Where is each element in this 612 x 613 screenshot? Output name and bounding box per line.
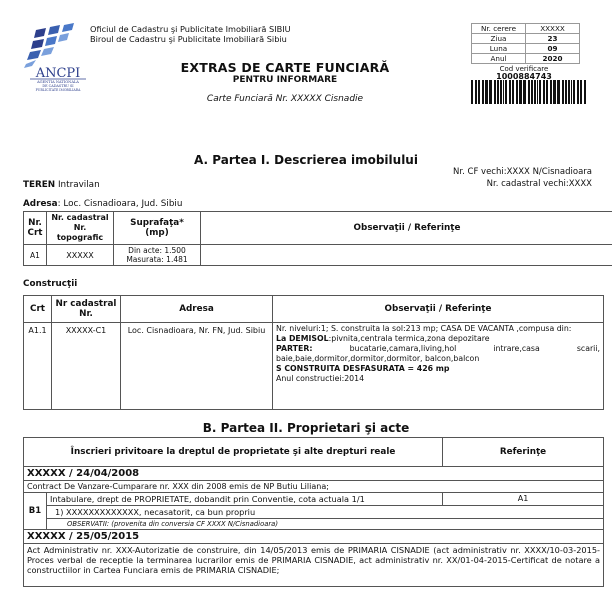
- document-title: EXTRAS DE CARTE FUNCIARĂ: [150, 60, 420, 75]
- request-value: XXXXX: [526, 24, 580, 34]
- office-line-2: Biroul de Cadastru şi Publicitate Imobil…: [90, 34, 291, 44]
- entry-title: XXXXX / 24/04/2008: [24, 467, 604, 481]
- office-header: Oficiul de Cadastru şi Publicitate Imobi…: [90, 24, 291, 44]
- suprafata-masurata: Masurata: 1.481: [117, 255, 197, 264]
- entry-title-row: XXXXX / 24/04/2008: [24, 467, 604, 481]
- request-value: 09: [526, 44, 580, 54]
- carte-funciara-number: Carte Funciară Nr. XXXXX Cisnadie: [150, 94, 420, 104]
- entry-observatii-row: OBSERVATII: (provenita din conversia CF …: [24, 519, 604, 530]
- entry-desc: Intabulare, drept de PROPRIETATE, doband…: [47, 493, 443, 506]
- col-adresa: Adresa: [121, 296, 273, 323]
- request-row: Nr. cerereXXXXX: [472, 24, 580, 34]
- part-a-heading: A. Partea I. Descrierea imobilului: [0, 153, 612, 167]
- obs-parter-label: PARTER:: [276, 344, 312, 353]
- cell-cadastral: XXXXX: [47, 245, 114, 266]
- cf-vechi: Nr. CF vechi:XXXX N/Cisnadioara: [453, 167, 592, 178]
- obs-demisol-text: :pivnita,centrala termica,zona depozitar…: [329, 334, 490, 343]
- ancpi-logo: ANCPI AGENTIA NATIONALA DE CADASTRU SI P…: [22, 22, 94, 92]
- col-nr-cadastral: Nr. cadastral Nr. topografic: [47, 212, 114, 245]
- obs-desfasurata: S CONSTRUITA DESFASURATA = 426 mp: [276, 364, 600, 374]
- entry-act-row: Act Administrativ nr. XXX-Autorizatie de…: [24, 544, 604, 587]
- cell-observatii: [201, 245, 612, 266]
- office-line-1: Oficiul de Cadastru şi Publicitate Imobi…: [90, 24, 291, 34]
- cell-observatii: Nr. niveluri:1; S. construita la sol:213…: [273, 323, 604, 410]
- col-referinte: Referinţe: [443, 438, 604, 467]
- entry-owner-row: 1) XXXXXXXXXXXXX, necasatorit, ca bun pr…: [24, 506, 604, 519]
- request-value: 2020: [526, 54, 580, 64]
- part-b-heading: B. Partea II. Proprietari şi acte: [0, 421, 612, 435]
- svg-text:PUBLICITATE IMOBILIARA: PUBLICITATE IMOBILIARA: [36, 88, 82, 92]
- entry-owner: 1) XXXXXXXXXXXXX, necasatorit, ca bun pr…: [47, 506, 604, 519]
- constructii-table: Crt Nr cadastral Nr. Adresa Observaţii /…: [23, 295, 604, 410]
- entry-act: Contract De Vanzare-Cumparare nr. XXX di…: [24, 481, 604, 493]
- col-crt: Crt: [24, 296, 52, 323]
- col-observatii: Observaţii / Referinţe: [201, 212, 612, 245]
- entry-ref: A1: [443, 493, 604, 506]
- col-nr-cadastral: Nr cadastral Nr.: [52, 296, 121, 323]
- constructii-table-header: Crt Nr cadastral Nr. Adresa Observaţii /…: [24, 296, 604, 323]
- cell-suprafata: Din acte: 1.500 Masurata: 1.481: [114, 245, 201, 266]
- cell-adresa: Loc. Cisnadioara, Nr. FN, Jud. Sibiu: [121, 323, 273, 410]
- request-label: Nr. cerere: [472, 24, 526, 34]
- entry-title: XXXXX / 25/05/2015: [24, 530, 604, 544]
- col-inscrieri: Înscrieri privitoare la dreptul de propr…: [24, 438, 443, 467]
- col-observatii: Observaţii / Referinţe: [273, 296, 604, 323]
- cadastral-vechi: Nr. cadastral vechi:XXXX: [487, 179, 592, 190]
- entry-b1-row: B1 Intabulare, drept de PROPRIETATE, dob…: [24, 493, 604, 506]
- teren-table: Nr. Crt Nr. cadastral Nr. topografic Sup…: [23, 211, 612, 266]
- request-row: Luna09: [472, 44, 580, 54]
- adresa-bold: Adresa: [23, 199, 58, 209]
- request-row: Ziua23: [472, 34, 580, 44]
- teren-type: Intravilan: [55, 180, 99, 190]
- obs-line: Nr. niveluri:1; S. construita la sol:213…: [276, 324, 600, 334]
- entry-observatii: OBSERVATII: (provenita din conversia CF …: [47, 519, 604, 530]
- col-suprafata: Suprafaţa* (mp): [114, 212, 201, 245]
- obs-parter-text: bucatarie,camara,living,hol intrare,casa…: [276, 344, 600, 363]
- entry-code: B1: [24, 493, 47, 530]
- teren-bold: TEREN: [23, 180, 55, 190]
- entry-title-row: XXXXX / 25/05/2015: [24, 530, 604, 544]
- barcode-icon: [471, 80, 587, 104]
- constructii-heading: Construcţii: [23, 279, 77, 289]
- ancpi-logo-icon: ANCPI AGENTIA NATIONALA DE CADASTRU SI P…: [22, 22, 94, 92]
- cell-cadastral: XXXXX-C1: [52, 323, 121, 410]
- request-label: Luna: [472, 44, 526, 54]
- request-info-table: Nr. cerereXXXXX Ziua23 Luna09 Anul2020: [471, 23, 580, 64]
- request-row: Anul2020: [472, 54, 580, 64]
- obs-an-constructie: Anul constructiei:2014: [276, 374, 600, 384]
- proprietari-table-header: Înscrieri privitoare la dreptul de propr…: [24, 438, 604, 467]
- request-value: 23: [526, 34, 580, 44]
- proprietari-table: Înscrieri privitoare la dreptul de propr…: [23, 437, 604, 587]
- cell-crt: A1: [24, 245, 47, 266]
- adresa-label: Adresa: Loc. Cisnadioara, Jud. Sibiu: [23, 199, 182, 209]
- obs-demisol: La DEMISOL:pivnita,centrala termica,zona…: [276, 334, 600, 344]
- adresa-value: : Loc. Cisnadioara, Jud. Sibiu: [58, 199, 183, 209]
- table-row: A1.1 XXXXX-C1 Loc. Cisnadioara, Nr. FN, …: [24, 323, 604, 410]
- entry-act-row: Contract De Vanzare-Cumparare nr. XXX di…: [24, 481, 604, 493]
- cell-crt: A1.1: [24, 323, 52, 410]
- col-nr-crt: Nr. Crt: [24, 212, 47, 245]
- suprafata-acte: Din acte: 1.500: [117, 246, 197, 255]
- request-label: Ziua: [472, 34, 526, 44]
- obs-parter: PARTER: bucatarie,camara,living,hol intr…: [276, 344, 600, 364]
- obs-demisol-label: La DEMISOL: [276, 334, 329, 343]
- document-subtitle: PENTRU INFORMARE: [150, 75, 420, 85]
- teren-table-header: Nr. Crt Nr. cadastral Nr. topografic Sup…: [24, 212, 612, 245]
- request-label: Anul: [472, 54, 526, 64]
- teren-label: TEREN Intravilan: [23, 180, 100, 190]
- table-row: A1 XXXXX Din acte: 1.500 Masurata: 1.481: [24, 245, 612, 266]
- entry-act: Act Administrativ nr. XXX-Autorizatie de…: [24, 544, 604, 587]
